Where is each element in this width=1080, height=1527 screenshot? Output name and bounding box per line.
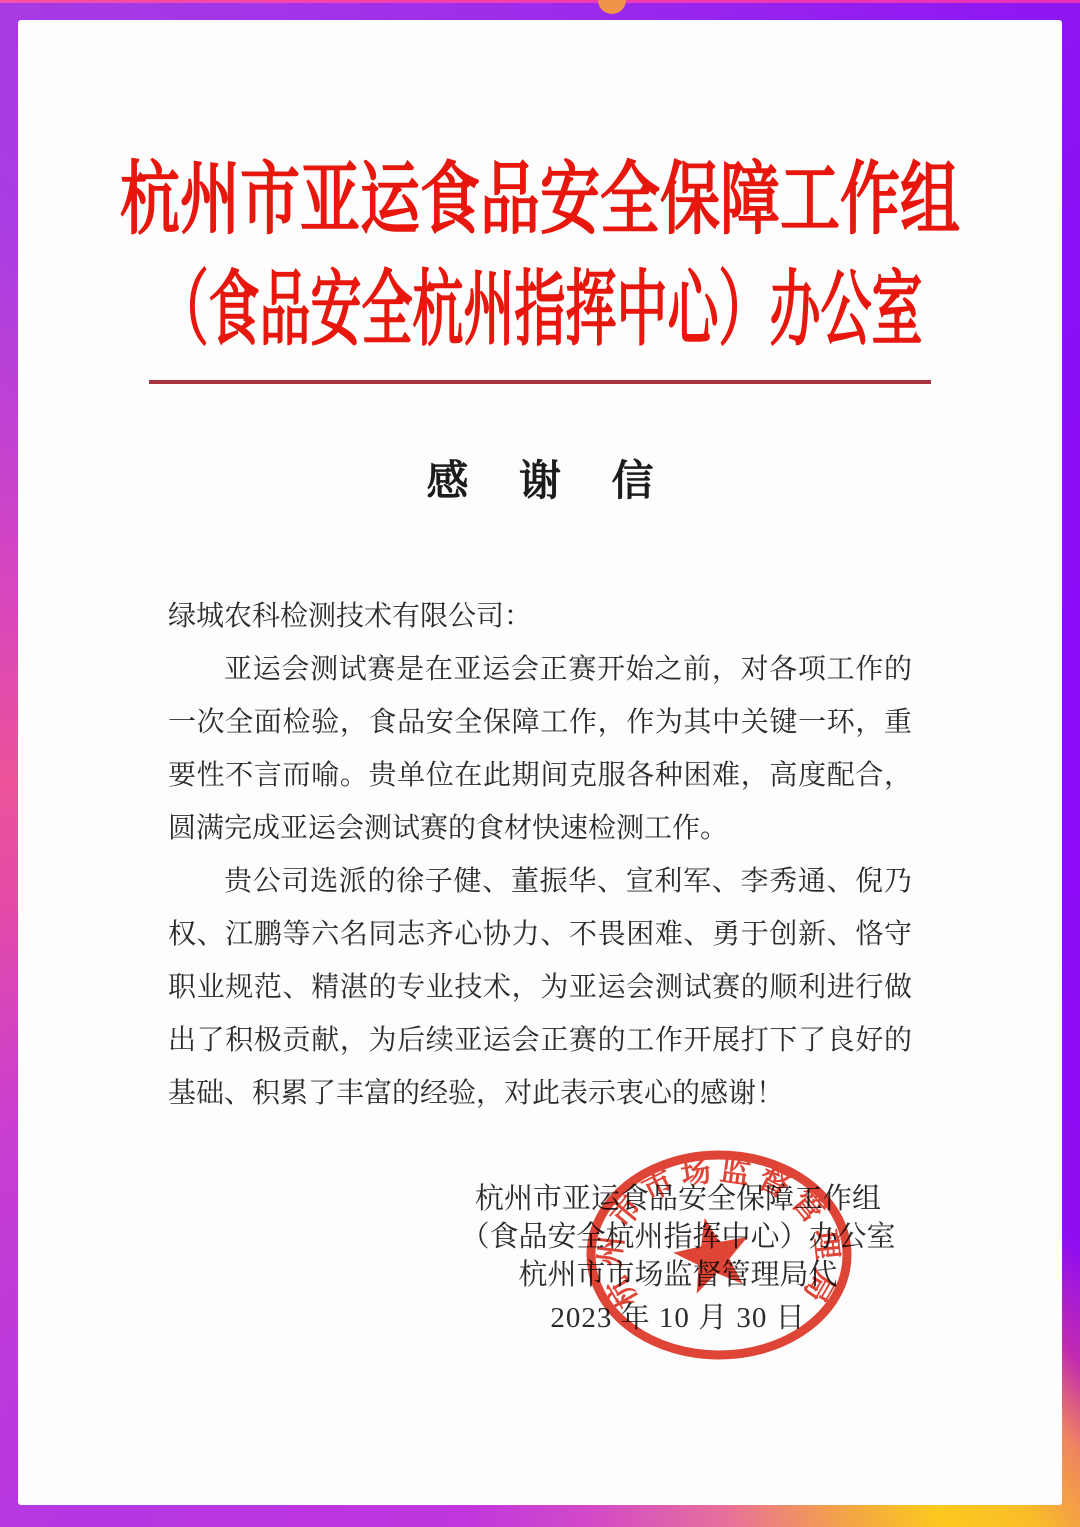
paper: 杭州市亚运食品安全保障工作组 （食品安全杭州指挥中心）办公室 感 谢 信 绿城农… bbox=[18, 20, 1062, 1505]
official-seal: 杭州市市场监督管理局 bbox=[576, 1142, 862, 1374]
letter-body: 绿城农科检测技术有限公司： 亚运会测试赛是在亚运会正赛开始之前，对各项工作的一次… bbox=[168, 590, 912, 1120]
top-accent-line bbox=[0, 0, 1080, 3]
body-paragraph-1: 亚运会测试赛是在亚运会正赛开始之前，对各项工作的一次全面检验，食品安全保障工作，… bbox=[168, 643, 912, 855]
letter-scan: 杭州市亚运食品安全保障工作组 （食品安全杭州指挥中心）办公室 感 谢 信 绿城农… bbox=[0, 0, 1080, 1527]
body-paragraph-2: 贵公司选派的徐子健、董振华、宣利军、李秀通、倪乃权、江鹏等六名同志齐心协力、不畏… bbox=[168, 855, 912, 1120]
letter-title: 感 谢 信 bbox=[18, 458, 1062, 506]
salutation: 绿城农科检测技术有限公司： bbox=[168, 590, 912, 643]
letterhead-title-line1: 杭州市亚运食品安全保障工作组 bbox=[18, 147, 1062, 253]
letterhead-title-line2: （食品安全杭州指挥中心）办公室 bbox=[96, 255, 983, 365]
seal-star-icon bbox=[673, 1218, 747, 1294]
red-divider bbox=[149, 380, 931, 384]
